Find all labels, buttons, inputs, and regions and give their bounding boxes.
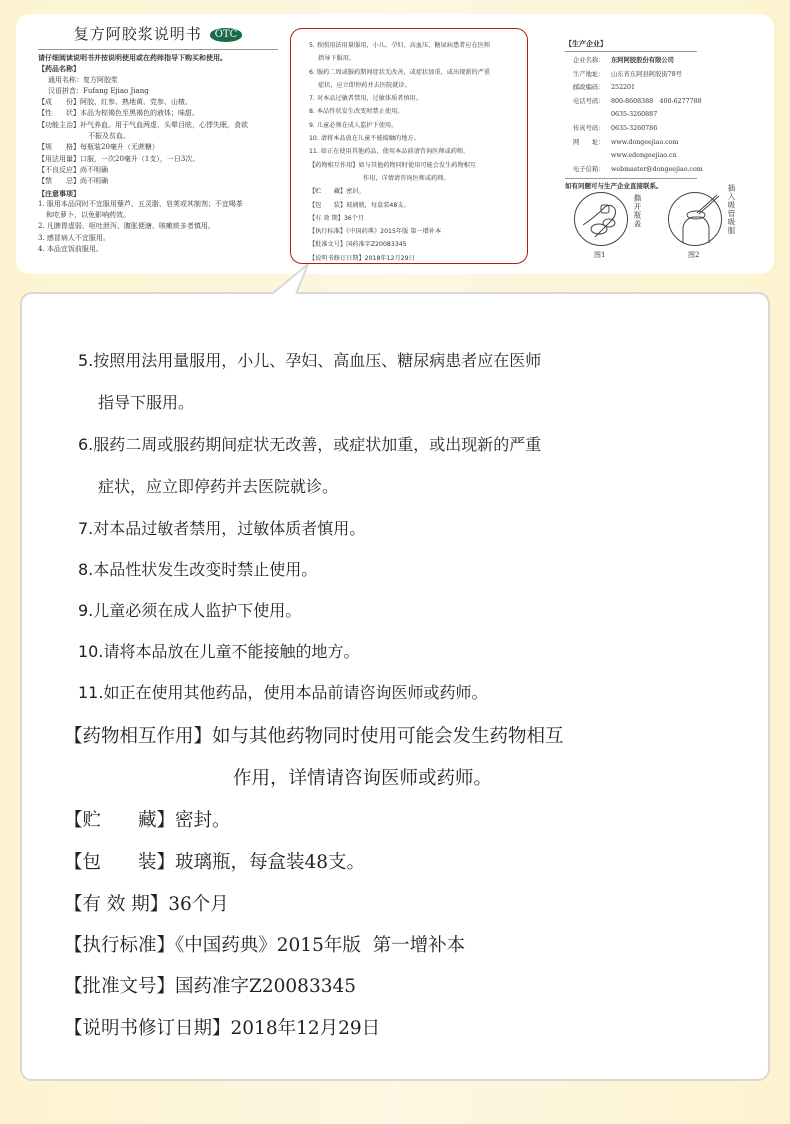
item-number: 10. (78, 642, 103, 661)
mid-line: 【有 效 期】36个月 (309, 212, 517, 225)
phone-label: 电话号码： (573, 95, 611, 109)
mid-line: 【批准文号】国药准字Z20083345 (309, 238, 517, 251)
mid-line: 作用，详情请咨询医师或药师。 (309, 172, 517, 185)
field-value: 玻璃瓶，每盒装48支。 (175, 852, 365, 873)
list-item: 10.请将本品放在儿童不能接触的地方。 (78, 639, 359, 662)
open-cap-illustration-icon (574, 192, 628, 246)
website-label: 网 址： (573, 136, 611, 150)
company-row: 企业名称：东阿阿胶股份有限公司 (565, 54, 697, 68)
mid-line: 8. 本品性状发生改变时禁止使用。 (309, 105, 517, 118)
precaution-line: 和吃萝卜，以免影响药效。 (38, 210, 278, 221)
list-item-cont: 症状，应立即停药并去医院就诊。 (98, 474, 338, 497)
figure-2-label: 插入吸管吸服 (726, 184, 737, 235)
mid-line: 9. 儿童必须在成人监护下使用。 (309, 119, 517, 132)
precautions-header: 【注意事项】 (38, 188, 278, 199)
company-name: 东阿阿胶股份有限公司 (611, 57, 674, 64)
field-value: 国药准字Z20083345 (175, 976, 356, 997)
leaflet-title-row: 复方阿胶浆说明书 OTC (38, 24, 278, 46)
figure-2-caption: 图2 (688, 250, 699, 260)
mid-line: 11. 如正在使用其他药品，使用本品前请咨询医师或药师。 (309, 145, 517, 158)
field-label: 【药物相互作用】 (64, 726, 212, 747)
email-value: webmaster@dongeejiao.com (611, 166, 703, 173)
figure-1-caption: 图1 (594, 250, 605, 260)
address-value: 山东省东阿县阿胶街78号 (611, 71, 682, 78)
leaflet-left-panel: 复方阿胶浆说明书 OTC 请仔细阅读说明书并按说明使用或在药师指导下购买和使用。… (38, 24, 278, 255)
list-item: 5.按照用法用量服用，小儿、孕妇、高血压、糖尿病患者应在医师 (78, 348, 541, 371)
mid-line: 6. 服药二周或服药期间症状无改善，或症状加重，或出现新的严重 (309, 66, 517, 79)
phone-row: 电话号码：800-8608388 400-6277788 (565, 95, 697, 109)
insert-straw-illustration-icon (668, 192, 722, 246)
field-label: 【执行标准】 (64, 935, 175, 956)
field-value: 如与其他药物同时使用可能会发生药物相互 (212, 726, 564, 747)
mid-line: 7. 对本品过敏者禁用，过敏体质者慎用。 (309, 92, 517, 105)
pinyin-name: 汉语拼音：Fufang Ejiao Jiang (38, 86, 278, 97)
field-value-cont: 作用，详情请咨询医师或药师。 (233, 764, 492, 790)
divider (38, 49, 278, 50)
address-row: 生产地址：山东省东阿县阿胶街78号 (565, 68, 697, 82)
address-label: 生产地址： (573, 68, 611, 82)
list-item: 9.儿童必须在成人监护下使用。 (78, 598, 301, 621)
specification: 【规 格】每瓶装20毫升（无蔗糖） (38, 142, 278, 153)
list-item: 11.如正在使用其他药品，使用本品前请咨询医师或药师。 (78, 680, 487, 703)
item-number: 9. (78, 601, 93, 620)
dosage: 【用法用量】口服，一次20毫升（1支），一日3次。 (38, 154, 278, 165)
field-revision-date: 【说明书修订日期】2018年12月29日 (64, 1014, 380, 1040)
mid-line: 【包 装】玻璃瓶，每盒装48支。 (309, 199, 517, 212)
figure-1-label: 撕开瓶盖 (632, 194, 643, 228)
field-value: 密封。 (175, 810, 231, 831)
mid-line: 5. 按照用法用量服用，小儿、孕妇、高血压、糖尿病患者应在医师 (309, 39, 517, 52)
indications: 【功能主治】补气养血。用于气血两虚，头晕目眩，心悸失眠，食欲 (38, 120, 278, 131)
usage-figures: 撕开瓶盖 图1 插入吸管吸服 图2 (568, 188, 738, 260)
precaution-line: 1. 服用本品同时不宜服用藜芦、五灵脂、皂荚或其制剂；不宜喝茶 (38, 199, 278, 210)
email-row: 电子信箱：webmaster@dongeejiao.com (565, 163, 697, 177)
leaflet-highlight-panel: 5. 按照用法用量服用，小儿、孕妇、高血压、糖尿病患者应在医师 指导下服用。 6… (290, 28, 528, 264)
manufacturer-header: 【生产企业】 (565, 38, 697, 52)
mid-line: 【说明书修订日期】2018年12月29日 (309, 252, 517, 265)
mid-line: 症状，应立即停药并去医院就诊。 (309, 79, 517, 92)
item-text: 服药二周或服药期间症状无改善，或症状加重，或出现新的严重 (93, 435, 541, 454)
mid-line: 指导下服用。 (309, 52, 517, 65)
callout-pointer-icon (272, 264, 318, 300)
website-value-2: www.edongeejiao.cn (565, 149, 697, 163)
email-label: 电子信箱： (573, 163, 611, 177)
mid-line: 【药物相互作用】如与其他药物同时使用可能会发生药物相互 (309, 159, 517, 172)
fax-value: 0635-3260786 (611, 125, 657, 132)
contraindications: 【禁 忌】尚不明确 (38, 176, 278, 187)
leaflet-title: 复方阿胶浆说明书 (74, 29, 202, 40)
postcode-value: 252201 (611, 84, 635, 91)
properties: 【性 状】本品为棕褐色至黑褐色的液体；味甜。 (38, 108, 278, 119)
list-item-cont: 指导下服用。 (98, 390, 194, 413)
field-storage: 【贮 藏】密封。 (64, 806, 231, 832)
field-packaging: 【包 装】玻璃瓶，每盒装48支。 (64, 848, 365, 874)
precaution-line: 3. 感冒病人不宜服用。 (38, 233, 278, 244)
mid-line: 10. 请将本品放在儿童不能接触的地方。 (309, 132, 517, 145)
field-value: 2018年12月29日 (231, 1018, 381, 1039)
item-number: 8. (78, 560, 93, 579)
list-item: 6.服药二周或服药期间症状无改善，或症状加重，或出现新的严重 (78, 432, 541, 455)
item-number: 11. (78, 683, 103, 702)
indications-cont: 不振及贫血。 (38, 131, 278, 142)
field-label: 【说明书修订日期】 (64, 1018, 231, 1039)
item-number: 5. (78, 351, 93, 370)
item-number: 6. (78, 435, 93, 454)
adverse-reactions: 【不良反应】尚不明确 (38, 165, 278, 176)
postcode-label: 邮政编码： (573, 81, 611, 95)
phone-value-2: 0635-3260887 (565, 108, 697, 122)
list-item: 7.对本品过敏者禁用，过敏体质者慎用。 (78, 516, 365, 539)
mid-line: 【贮 藏】密封。 (309, 185, 517, 198)
website-value: www.dongeejiao.com (611, 139, 678, 146)
field-standard: 【执行标准】《中国药典》2015年版 第一增补本 (64, 931, 465, 957)
otc-badge: OTC (210, 28, 243, 41)
item-text: 请将本品放在儿童不能接触的地方。 (103, 642, 359, 661)
fax-row: 传真号码：0635-3260786 (565, 122, 697, 136)
website-row: 网 址：www.dongeejiao.com (565, 136, 697, 150)
field-value: 36个月 (168, 894, 229, 915)
field-label: 【批准文号】 (64, 976, 175, 997)
item-text: 对本品过敏者禁用，过敏体质者慎用。 (93, 519, 365, 538)
ingredients: 【成 份】阿胶、红参、熟地黄、党参、山楂。 (38, 97, 278, 108)
generic-name: 通用名称：复方阿胶浆 (38, 75, 278, 86)
field-approval-number: 【批准文号】国药准字Z20083345 (64, 972, 356, 998)
field-interactions: 【药物相互作用】如与其他药物同时使用可能会发生药物相互 (64, 722, 564, 748)
item-text: 按照用法用量服用，小儿、孕妇、高血压、糖尿病患者应在医师 (93, 351, 541, 370)
fax-label: 传真号码： (573, 122, 611, 136)
phone-value: 800-8608388 400-6277788 (611, 98, 702, 105)
field-label: 【有 效 期】 (64, 894, 168, 915)
item-text: 本品性状发生改变时禁止使用。 (93, 560, 317, 579)
field-shelf-life: 【有 效 期】36个月 (64, 890, 229, 916)
field-value: 《中国药典》2015年版 第一增补本 (175, 935, 465, 956)
postcode-row: 邮政编码：252201 (565, 81, 697, 95)
item-text: 儿童必须在成人监护下使用。 (93, 601, 301, 620)
field-label: 【包 装】 (64, 852, 175, 873)
field-value: 作用，详情请咨询医师或药师。 (233, 768, 492, 789)
drug-name-header: 【药品名称】 (38, 63, 278, 74)
list-item: 8.本品性状发生改变时禁止使用。 (78, 557, 317, 580)
field-label: 【贮 藏】 (64, 810, 175, 831)
leaflet-intro: 请仔细阅读说明书并按说明使用或在药师指导下购买和使用。 (38, 52, 278, 63)
precaution-line: 4. 本品宜饭前服用。 (38, 244, 278, 255)
mid-line: 【执行标准】《中国药典》2015年版 第一增补本 (309, 225, 517, 238)
precaution-line: 2. 凡脾胃虚弱、呕吐泄泻、腹胀便溏、咳嗽痰多者慎用。 (38, 221, 278, 232)
item-number: 7. (78, 519, 93, 538)
company-label: 企业名称： (573, 54, 611, 68)
item-text: 如正在使用其他药品，使用本品前请咨询医师或药师。 (103, 683, 487, 702)
leaflet-right-panel: 【生产企业】 企业名称：东阿阿胶股份有限公司 生产地址：山东省东阿县阿胶街78号… (565, 38, 697, 194)
